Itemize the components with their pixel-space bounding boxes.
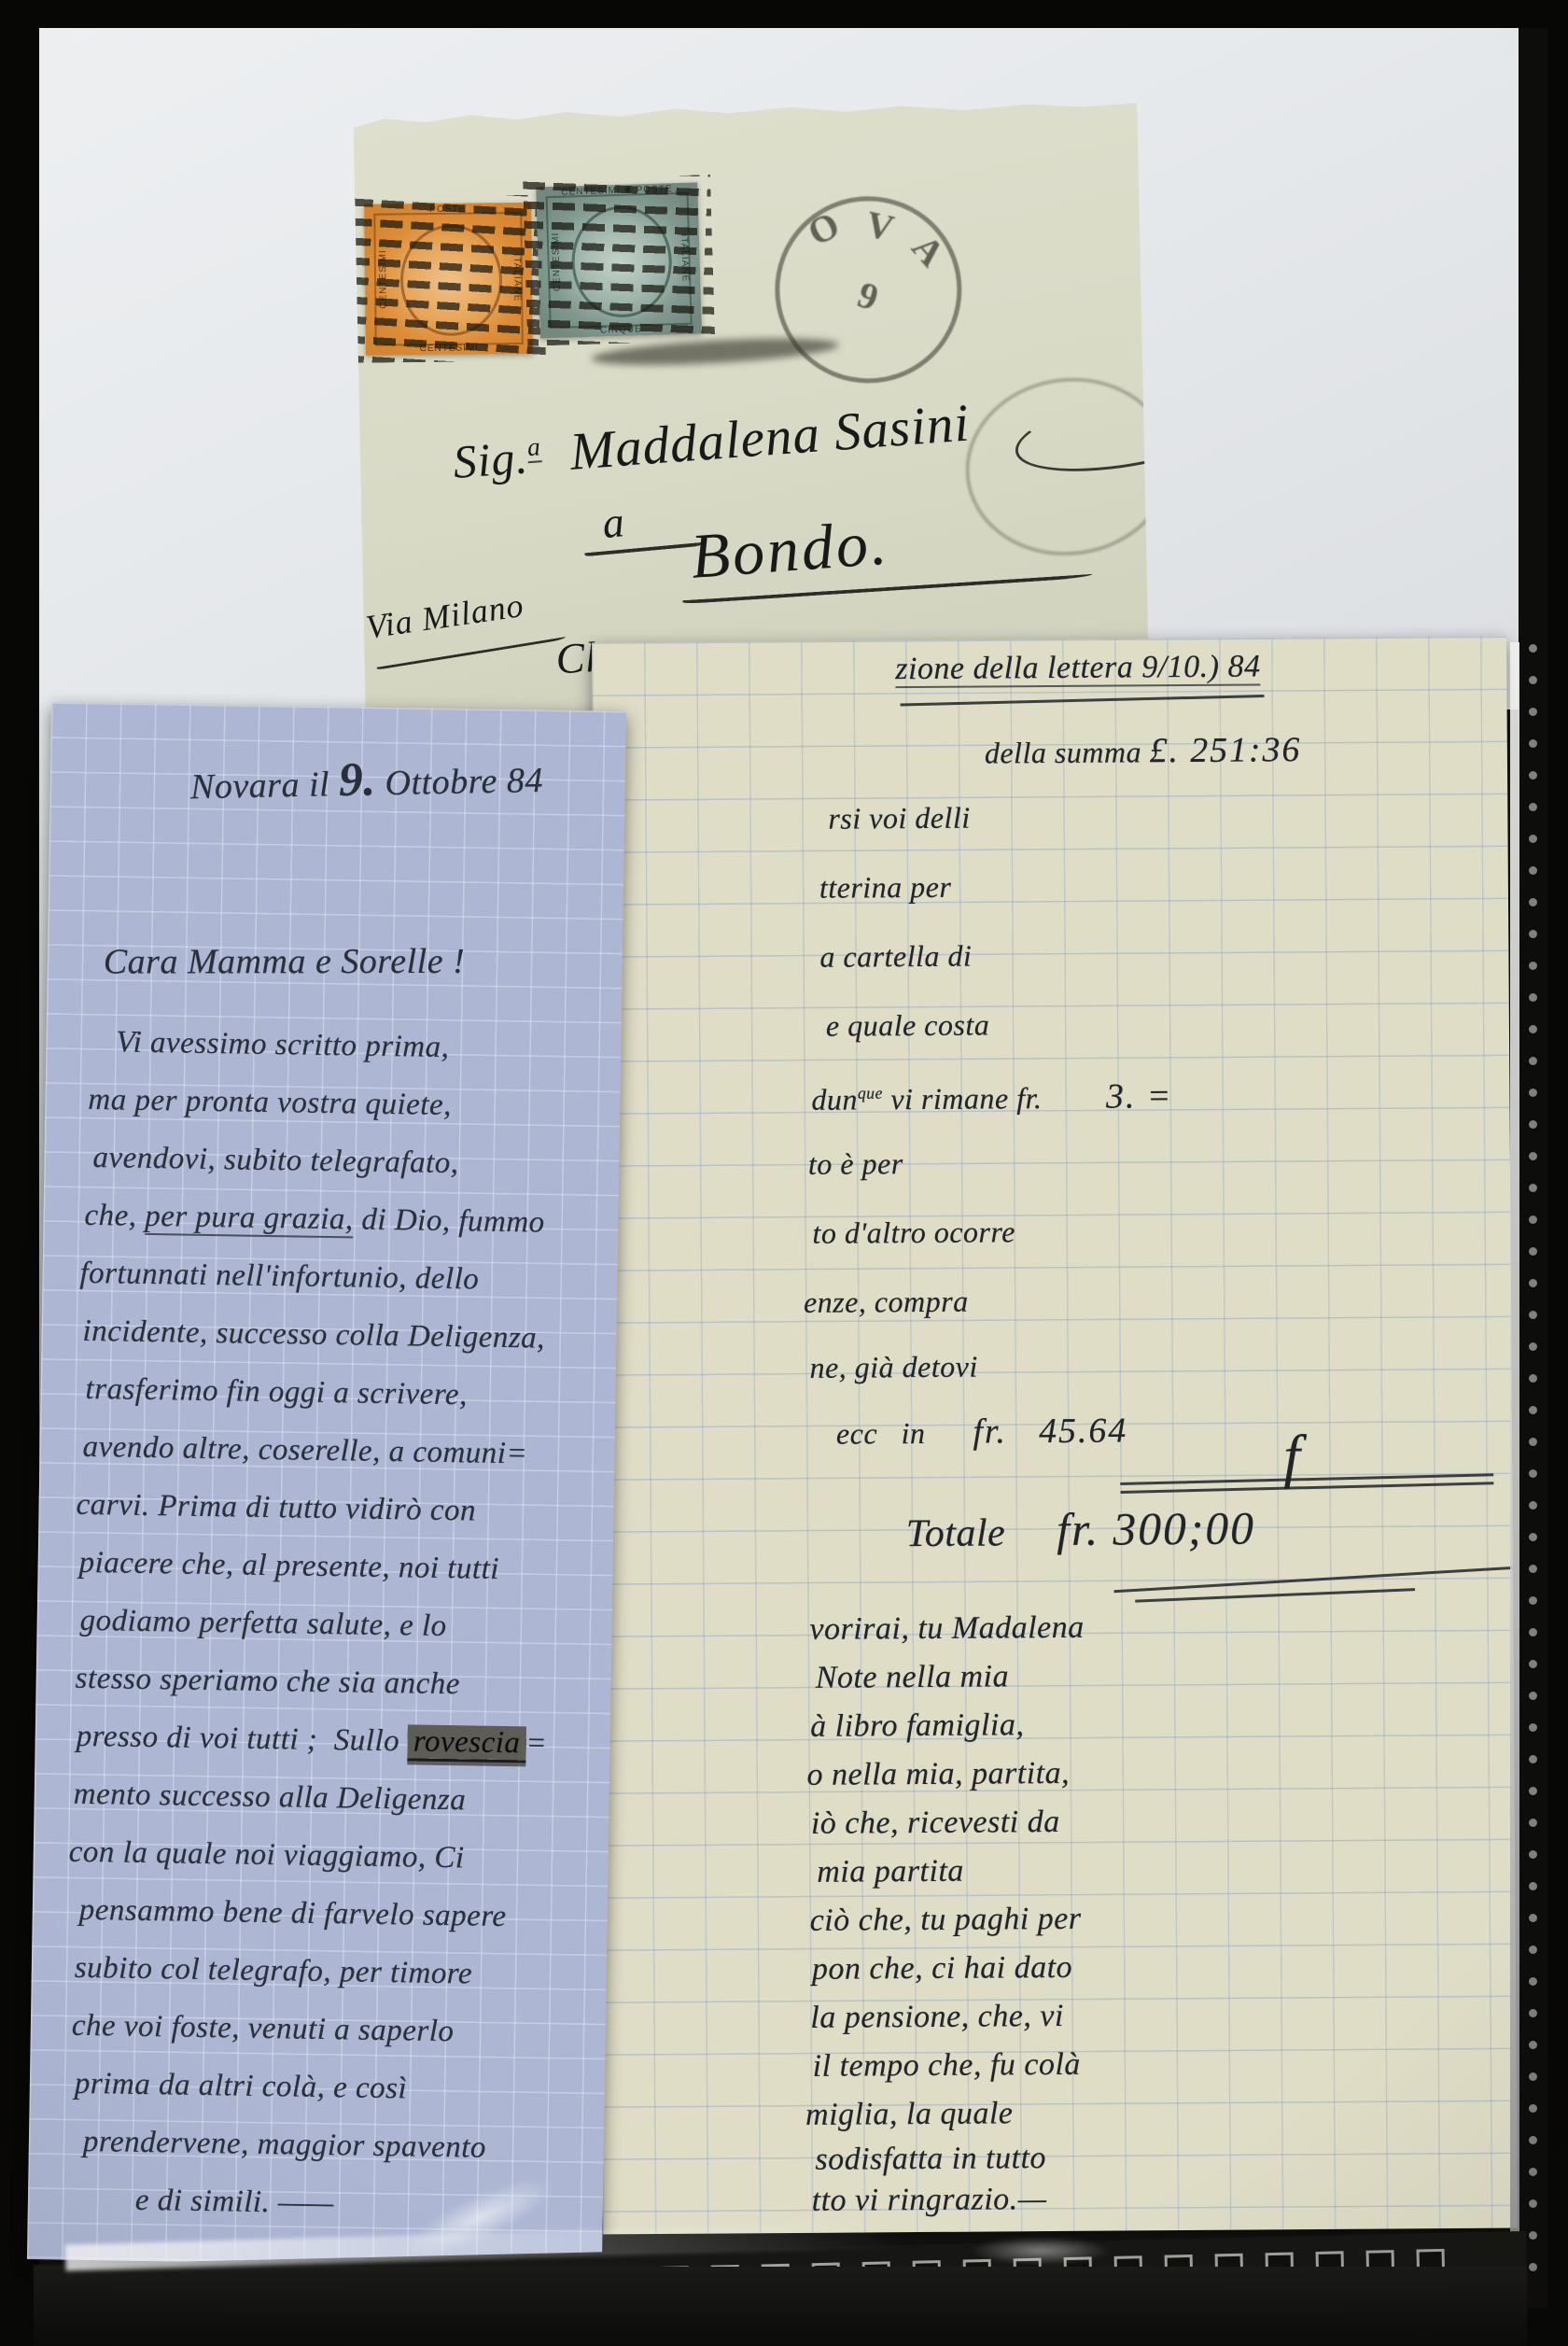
perforation-dot-icon bbox=[1529, 1946, 1537, 1954]
perforation-dot-icon bbox=[1529, 1660, 1537, 1668]
sleeve-edge-right bbox=[1510, 642, 1519, 2263]
handwriting-fragment: fr. 45.64 bbox=[973, 1411, 1127, 1451]
handwriting-line: o nella mia, partita, bbox=[806, 1756, 1070, 1793]
handwriting-line: presso di voi tutti ; Sullo rovescia= bbox=[76, 1720, 547, 1762]
perforation-dot-icon bbox=[1529, 1311, 1537, 1319]
perforation-dot-icon bbox=[1529, 739, 1537, 748]
handwriting-line: carvi. Prima di tutto vidirò con bbox=[76, 1488, 476, 1529]
ink-rule bbox=[1113, 1561, 1517, 1593]
perforation-dot-icon bbox=[1529, 2104, 1537, 2113]
handwriting-line: pon che, ci hai dato bbox=[812, 1950, 1072, 1988]
perforation-dot-icon bbox=[1529, 1850, 1537, 1859]
handwriting-line: rsi voi delli bbox=[828, 801, 971, 836]
handwriting-fragment: 9. bbox=[338, 752, 376, 807]
postmark-letter: O bbox=[801, 203, 847, 255]
handwriting-line: dunque vi rimane fr. 3. = bbox=[811, 1075, 1172, 1119]
handwriting-line: to d'altro ocorre bbox=[812, 1215, 1015, 1251]
perforation-dot-icon bbox=[1529, 2136, 1537, 2144]
handwriting-line: Cara Mamma e Sorelle ! bbox=[104, 941, 465, 983]
handwriting-line: incidente, successo colla Deligenza, bbox=[82, 1314, 545, 1356]
ink-rule bbox=[1120, 1473, 1493, 1494]
perforation-dot-icon bbox=[1529, 1215, 1537, 1224]
handwriting-line: Novara il 9. Ottobre 84 bbox=[189, 749, 543, 810]
perforation-dot-icon bbox=[1529, 835, 1537, 843]
postmark-day: 9 bbox=[852, 272, 884, 319]
perforation-dot-icon bbox=[1529, 2009, 1537, 2017]
handwriting-fragment: Novara il bbox=[190, 765, 340, 807]
perforation-dot-icon bbox=[1529, 866, 1537, 875]
handwriting-line: avendo altre, coserelle, a comuni= bbox=[82, 1430, 527, 1471]
handwriting-line: tto vi ringrazio.— bbox=[812, 2182, 1047, 2219]
handwriting-line: a cartella di bbox=[819, 939, 972, 975]
letter-blue-sheet: Novara il 9. Ottobre 84Cara Mamma e Sore… bbox=[27, 702, 626, 2268]
handwriting-line: pensammo bene di farvelo sapere bbox=[79, 1893, 507, 1934]
perforation-dot-icon bbox=[1529, 803, 1537, 811]
handwriting-line: zione della lettera 9/10.) 84 bbox=[895, 649, 1261, 687]
handwriting-line: prendervene, maggior spavento bbox=[83, 2125, 487, 2166]
handwriting-line: à libro famiglia, bbox=[810, 1707, 1024, 1745]
handwriting-line: della summa £. 251:36 bbox=[985, 729, 1302, 772]
handwriting-line: sodisfatta in tutto bbox=[815, 2141, 1046, 2178]
handwriting-fragment: di Dio, fummo bbox=[353, 1202, 545, 1239]
handwriting-fragment: vi rimane fr. bbox=[883, 1081, 1043, 1116]
perforation-dot-icon bbox=[1529, 1533, 1537, 1541]
address-prefix: Sig. bbox=[451, 430, 529, 488]
handwriting-fragment: della summa bbox=[985, 735, 1150, 769]
handwriting-line: fortunnati nell'infortunio, dello bbox=[79, 1257, 479, 1298]
underline-flourish bbox=[584, 542, 706, 557]
handwriting-line: avendovi, subito telegrafato, bbox=[92, 1141, 459, 1181]
perforation-dot-icon bbox=[1529, 1089, 1537, 1097]
handwriting-fragment: che, bbox=[84, 1199, 145, 1233]
handwriting-fragment: que bbox=[858, 1084, 883, 1103]
handwriting-line: miglia, la quale bbox=[805, 2096, 1014, 2133]
barred-cancel-icon bbox=[351, 195, 546, 363]
handwriting-fragment: Totale bbox=[906, 1511, 1057, 1555]
handwriting-line: Totale fr. 300;00 bbox=[906, 1502, 1256, 1558]
perforation-dot-icon bbox=[1529, 1819, 1537, 1827]
perforation-dot-icon bbox=[1529, 993, 1537, 1002]
perforation-dot-icon bbox=[1529, 1755, 1537, 1763]
handwriting-fragment: ecc in bbox=[836, 1416, 973, 1451]
handwriting-line: to è per bbox=[808, 1146, 903, 1182]
barred-cancel-icon bbox=[523, 175, 715, 346]
perforation-dot-icon bbox=[1529, 2199, 1537, 2208]
perforation-dot-icon bbox=[1529, 2168, 1537, 2176]
handwriting-line: iò che, ricevesti da bbox=[811, 1805, 1060, 1842]
perforation-dot-icon bbox=[1529, 1628, 1537, 1637]
perforation-dot-icon bbox=[1529, 1120, 1537, 1129]
underline-flourish bbox=[376, 637, 566, 670]
perforation-dot-icon bbox=[1529, 708, 1537, 716]
handwriting-line: vorirai, tu Madalena bbox=[809, 1610, 1085, 1648]
handwriting-line: il tempo che, fu colà bbox=[813, 2047, 1081, 2085]
perforation-dot-icon bbox=[1529, 1723, 1537, 1732]
handwriting-fragment: = bbox=[525, 1726, 547, 1760]
perforation-dot-icon bbox=[1529, 2263, 1537, 2271]
perforation-dot-icon bbox=[1529, 1596, 1537, 1605]
perforation-dot-icon bbox=[1529, 771, 1537, 780]
perforation-dot-icon bbox=[1529, 2231, 1537, 2240]
perforation-dot-icon bbox=[1529, 1914, 1537, 1922]
handwriting-fragment: £. 251:36 bbox=[1149, 730, 1301, 770]
ink-rule bbox=[901, 695, 1265, 707]
address-a-line: a bbox=[600, 497, 627, 548]
perforation-dot-icon bbox=[1529, 962, 1537, 970]
handwriting-line: tterina per bbox=[819, 870, 952, 906]
handwriting-line: che, per pura grazia, di Dio, fummo bbox=[84, 1199, 545, 1241]
handwriting-line: che voi foste, venuti a saperlo bbox=[72, 2009, 455, 2049]
perforation-dot-icon bbox=[1529, 1406, 1537, 1414]
handwriting-fragment: 3. = bbox=[1042, 1076, 1172, 1117]
perforation-dot-icon bbox=[1529, 1184, 1537, 1192]
corrected-word: rovescia bbox=[408, 1724, 526, 1760]
handwriting-line: Note nella mia bbox=[816, 1659, 1009, 1695]
handwriting-fragment: Ottobre 84 bbox=[375, 761, 543, 803]
perforation-dot-icon bbox=[1529, 1342, 1537, 1351]
perforation-dot-icon bbox=[1529, 1057, 1537, 1065]
perforation-dot-icon bbox=[1529, 1247, 1537, 1256]
handwriting-line: e quale costa bbox=[826, 1007, 990, 1043]
perforation-dot-icon bbox=[1529, 644, 1537, 653]
postmark-letter: A bbox=[903, 226, 954, 275]
handwriting-line: e di simili. —— bbox=[135, 2184, 334, 2221]
handwriting-line: trasferimo fin oggi a scrivere, bbox=[85, 1372, 468, 1412]
album-backing-texture bbox=[34, 2267, 1527, 2346]
perforation-dot-icon bbox=[1529, 1882, 1537, 1890]
perforation-dot-icon bbox=[1529, 2072, 1537, 2081]
address-recipient-name: Maddalena Sasini bbox=[539, 394, 972, 485]
perforation-dot-icon bbox=[1529, 1438, 1537, 1446]
handwriting-line: piacere che, al presente, noi tutti bbox=[78, 1546, 499, 1587]
sleeve-perforation-strip-right bbox=[1519, 28, 1547, 2308]
perforation-dot-icon bbox=[1529, 1025, 1537, 1033]
handwriting-fragment: per pura grazia, bbox=[145, 1200, 354, 1239]
postmark-letter: V bbox=[862, 202, 899, 250]
address-destination: Bondo. bbox=[689, 505, 892, 593]
perforation-dot-icon bbox=[1529, 1977, 1537, 1986]
handwriting-line: con la quale noi viaggiamo, Ci bbox=[68, 1835, 464, 1876]
letter-account-sheet: zione della lettera 9/10.) 84della summa… bbox=[592, 637, 1518, 2235]
handwriting-line: mento successo alla Deligenza bbox=[73, 1777, 466, 1819]
handwriting-line: mia partita bbox=[817, 1854, 964, 1890]
perforation-dot-icon bbox=[1529, 1374, 1537, 1383]
handwriting-fragment: zione della lettera 9/10.) 84 bbox=[895, 649, 1261, 688]
address-route: Via Milano bbox=[363, 585, 526, 647]
stamp-green-cinque-centesimi: CENTESIMI ✱ POSTE CINQUE CENTESIMI ITALI… bbox=[536, 182, 702, 338]
perforation-dot-icon bbox=[1529, 1692, 1537, 1700]
handwriting-line: godiamo perfetta salute, e lo bbox=[79, 1604, 447, 1644]
perforation-dot-icon bbox=[1529, 1787, 1537, 1795]
perforation-dot-icon bbox=[1529, 930, 1537, 938]
perforation-dot-icon bbox=[1529, 2041, 1537, 2049]
handwriting-fragment: dun bbox=[811, 1082, 858, 1116]
handwriting-line: ecc in fr. 45.64 bbox=[836, 1410, 1127, 1453]
perforation-dot-icon bbox=[1529, 676, 1537, 684]
handwriting-line: Vi avessimo scritto prima, bbox=[116, 1025, 450, 1065]
perforation-dot-icon bbox=[1529, 1469, 1537, 1478]
handwriting-fragment: fr. 300;00 bbox=[1057, 1503, 1255, 1555]
handwriting-line: enze, compra bbox=[804, 1285, 969, 1320]
photo-of-album-page: POSTE CENTESIMI CENTESIMI ITALIANE CENTE… bbox=[0, 0, 1568, 2346]
handwriting-line: prima da altri colà, e così bbox=[75, 2067, 408, 2107]
handwriting-line: ciò che, tu paghi per bbox=[809, 1902, 1081, 1939]
stamp-orange-umberto: POSTE CENTESIMI CENTESIMI ITALIANE bbox=[364, 203, 533, 356]
handwriting-line: stesso speriamo che sia anche bbox=[75, 1662, 460, 1702]
perforation-dot-icon bbox=[1529, 898, 1537, 906]
handwriting-line: ma per pronta vostra quiete, bbox=[88, 1083, 452, 1123]
handwriting-line: la pensione, che, vi bbox=[810, 1999, 1064, 2036]
handwriting-line: ne, già detovi bbox=[809, 1350, 978, 1385]
handwriting-fragment: presso di voi tutti ; Sullo bbox=[76, 1720, 408, 1759]
envelope: POSTE CENTESIMI CENTESIMI ITALIANE CENTE… bbox=[353, 96, 1149, 721]
perforation-dot-icon bbox=[1529, 1565, 1537, 1573]
ink-rule bbox=[1135, 1588, 1415, 1603]
handwriting-line: subito col telegrafo, per timore bbox=[75, 1951, 473, 1992]
perforation-dot-icon bbox=[1529, 1152, 1537, 1160]
perforation-dot-icon bbox=[1529, 1279, 1537, 1287]
perforation-dot-icon bbox=[1529, 1501, 1537, 1510]
